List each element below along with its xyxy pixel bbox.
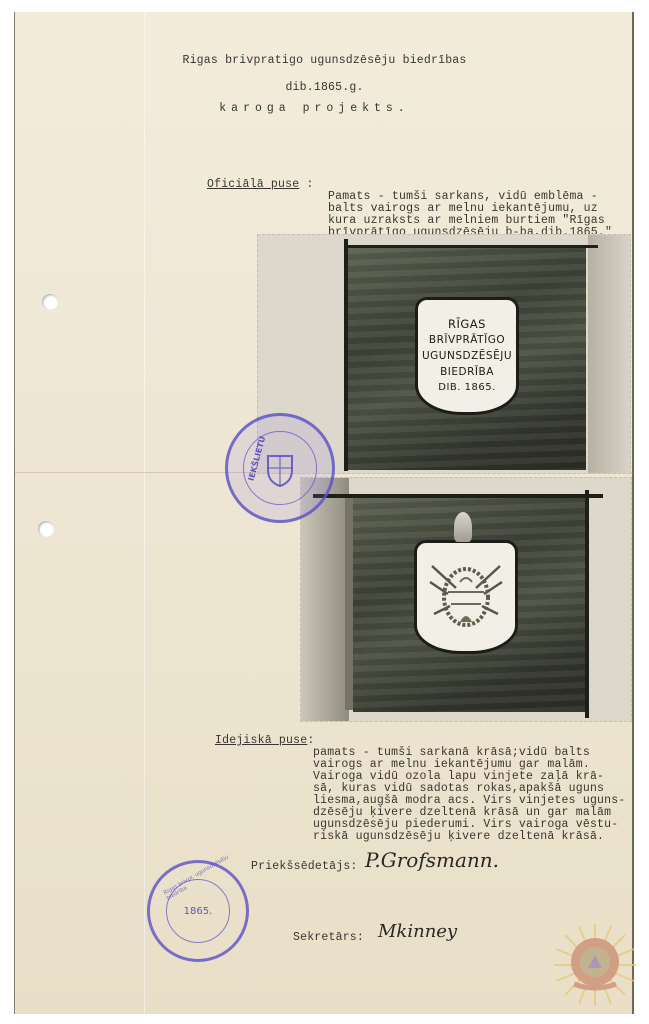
photo-background [588, 235, 630, 473]
stamp-year: 1865. [184, 906, 213, 917]
ministry-stamp: IEKŠLIETU [225, 413, 335, 523]
ideological-side-label-row: Idejiskā puse: [215, 735, 314, 747]
text-line: riskā ugunsdzēsēju ķivere dzeltenā krāsā… [313, 831, 625, 843]
flag-shield: RĪGAS BRĪVPRĀTĪGO UGUNSDZĒSĒJU BIEDRĪBA … [415, 297, 519, 415]
official-side-label-row: Oficiālā puse : [207, 179, 321, 191]
shield-text-line: BRĪVPRĀTĪGO [429, 332, 505, 348]
chairman-label: Priekšsēdetājs: [251, 861, 358, 873]
label-separator: : [299, 178, 320, 191]
shield-text-line: UGUNSDZĒSĒJU [422, 348, 512, 364]
heading-line-1: Rigas brivpratigo ugunsdzēsēju biedrības [0, 55, 649, 67]
chairman-signature: P.Grofsmann. [365, 848, 499, 872]
official-side-label: Oficiālā puse [207, 178, 299, 191]
helmet-icon [454, 512, 472, 542]
photo-ideological-side [300, 477, 632, 722]
shield-text-line: DIB. 1865. [438, 380, 496, 396]
flag-pole [585, 490, 589, 718]
society-stamp: 1865. Rigas brivpr. ugunsdzēsēju biedrīb… [147, 860, 249, 962]
shield-text-line: BIEDRĪBA [440, 364, 494, 380]
shield-text-line: RĪGAS [448, 316, 486, 332]
heading-line-2: dib.1865.g. [0, 82, 649, 94]
oak-wreath-emblem-icon [426, 552, 506, 642]
secretary-signature: Mkinney [378, 921, 457, 942]
punch-hole [38, 521, 54, 537]
punch-hole [42, 294, 58, 310]
ideological-side-label: Idejiskā puse [215, 734, 307, 747]
secretary-label: Sekretārs: [293, 932, 364, 944]
fire-brigade-emblem-icon [552, 922, 638, 1008]
flag-emblem-shield [414, 540, 518, 654]
flag-sleeve [345, 498, 353, 710]
ideological-side-text: pamats - tumši sarkanā krāsā;vidū baltsv… [313, 735, 625, 855]
heading-line-3: karoga projekts. [0, 103, 639, 115]
coat-of-arms-icon [260, 448, 300, 488]
fold-line-vertical [144, 12, 145, 1014]
